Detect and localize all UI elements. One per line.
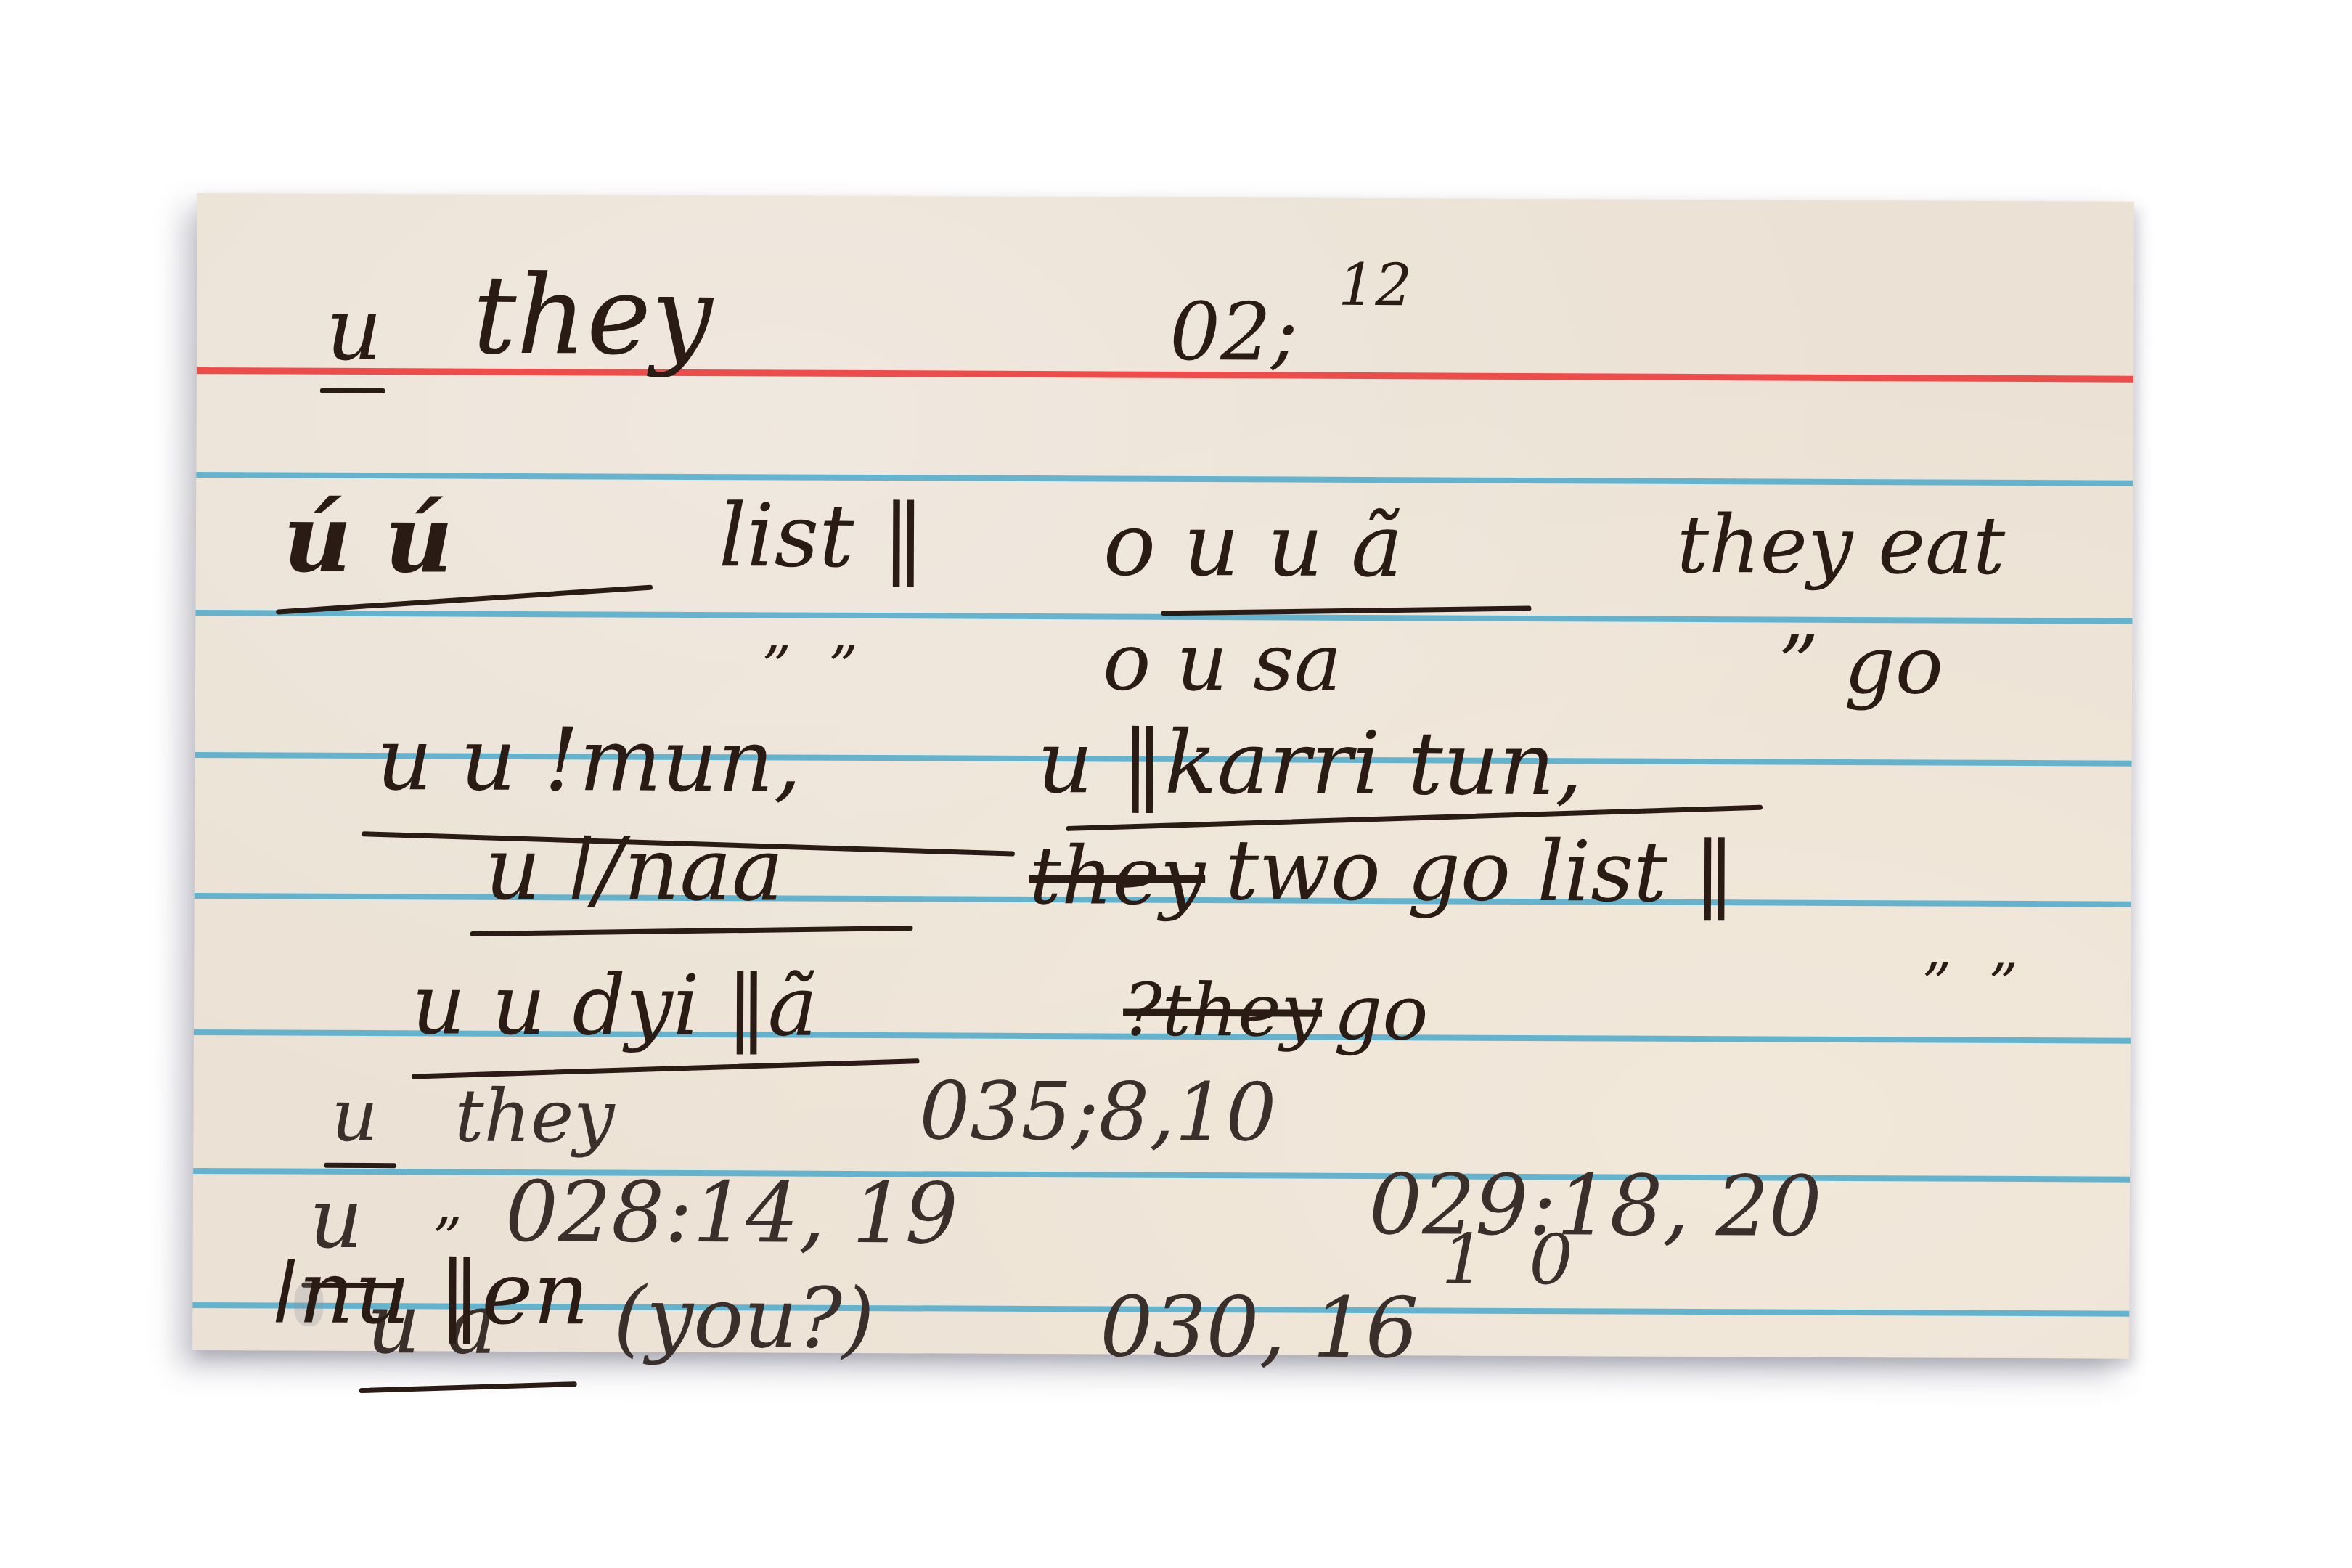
entry-gloss: two go list ‖: [1225, 829, 1736, 915]
card-line-10: ǀnu ‖en: [197, 193, 2134, 202]
entry-headword: u: [331, 1079, 378, 1152]
entry-reference: 02;: [1169, 292, 1299, 372]
struck-word: they: [1029, 836, 1206, 916]
ditto-marks: ” ”: [761, 638, 858, 697]
index-card: u they 02; 12 ú ú list ‖ o u u ã they ea…: [192, 193, 2134, 1359]
card-line-2: ú ú list ‖ o u u ã they eat: [197, 193, 2134, 202]
card-line-4: u u !mun, u ‖karri tun,: [197, 193, 2134, 202]
entry-gloss: list ‖: [719, 493, 926, 581]
card-line-5: u ǀ/naa they two go list ‖: [197, 193, 2134, 202]
card-line-7: u they 035;8,10: [197, 193, 2134, 202]
card-line-6: u u dyi ‖ã ?they go ” ”: [197, 193, 2134, 202]
card-line-1: u they 02; 12: [197, 193, 2134, 202]
struck-word: ?they: [1123, 974, 1322, 1048]
entry-form: o u u ã: [1103, 502, 1403, 590]
entry-gloss: they eat: [1677, 505, 2006, 586]
card-line-3: ” ” o u sa ” go: [197, 193, 2134, 202]
underline: [320, 388, 385, 393]
ruled-line: [193, 1168, 2130, 1183]
entry-form: u ǀ/naa: [485, 826, 784, 915]
entry-reference: 029:18, 20: [1369, 1164, 1823, 1249]
card-line-8: u ” 028:14, 19 029:18, 20: [197, 193, 2134, 202]
entry-gloss: they: [473, 261, 713, 371]
ruled-line: [196, 472, 2133, 486]
entry-reference: 030, 16: [1100, 1286, 1418, 1371]
entry-form: u ‖karri tun,: [1037, 719, 1583, 809]
entry-gloss: ” go: [1778, 625, 1943, 706]
entry-form: u u dyi ‖ã: [412, 963, 818, 1048]
entry-headword: ú ú: [283, 491, 454, 587]
entry-reference-superscript: 12: [1338, 256, 1412, 314]
entry-reference: 035;8,10: [919, 1071, 1276, 1152]
entry-headword: u: [326, 287, 383, 374]
entry-form: o u sa: [1103, 621, 1342, 702]
entry-form: u u !mun,: [376, 716, 801, 806]
card-line-9: u a (you?) 030, 16 1 0: [197, 193, 2134, 202]
underline: [324, 1163, 396, 1168]
underline: [359, 1381, 577, 1393]
entry-gloss: go: [1334, 975, 1429, 1052]
ditto-marks: ” ”: [1922, 955, 2018, 1014]
entry-reference-note: 1 0: [1441, 1225, 1573, 1295]
entry-gloss: they: [454, 1080, 615, 1153]
entry-gloss: (you?): [613, 1277, 875, 1362]
underline: [470, 926, 913, 936]
entry-form: ǀnu ‖en: [272, 1249, 589, 1338]
